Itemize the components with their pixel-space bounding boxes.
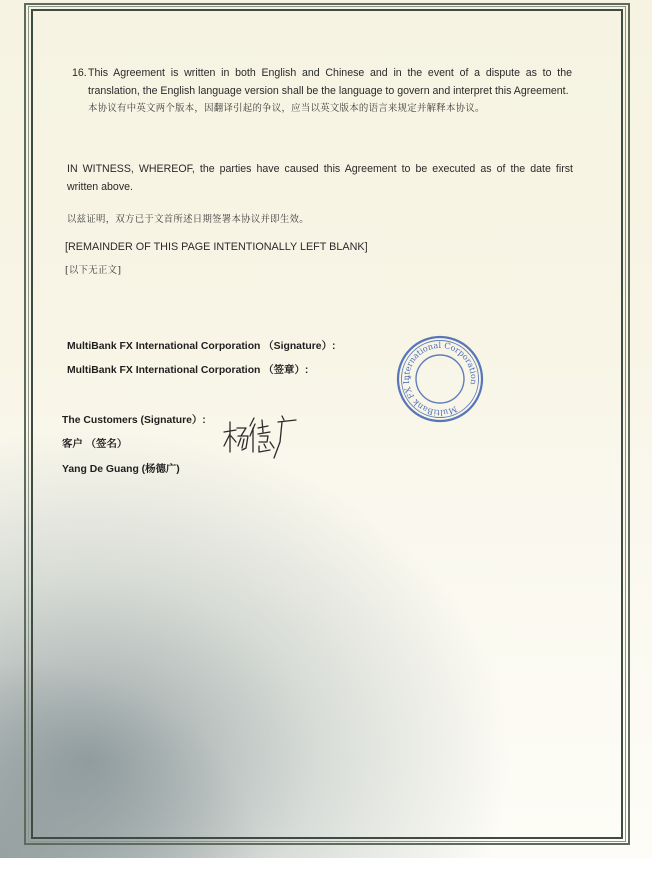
witness-english: IN WITNESS, WHEREOF, the parties have ca…: [67, 160, 573, 196]
handwritten-signature: [222, 410, 298, 462]
blank-notice-chinese: [以下无正文]: [65, 262, 121, 280]
customer-name: Yang De Guang (杨德广): [62, 461, 180, 479]
stamp-star: *: [408, 374, 412, 384]
clause-16-chinese: 本协议有中英文两个版本，因翻译引起的争议，应当以英文版本的语言来规定并解释本协议…: [88, 100, 572, 118]
clause-16-english: This Agreement is written in both Englis…: [88, 64, 572, 100]
company-stamp-icon: MultiBank FX International Corporation *: [394, 333, 486, 425]
company-signature-label: MultiBank FX International Corporation （…: [67, 338, 335, 356]
customer-signature-label: The Customers (Signature）:: [62, 412, 206, 430]
clause-16: 16. This Agreement is written in both En…: [88, 64, 572, 118]
blank-notice-english: [REMAINDER OF THIS PAGE INTENTIONALLY LE…: [65, 238, 368, 256]
witness-chinese: 以兹证明，双方已于文首所述日期签署本协议并即生效。: [67, 211, 309, 229]
company-signature-label-chinese: MultiBank FX International Corporation （…: [67, 362, 308, 380]
clause-number: 16.: [72, 64, 87, 82]
customer-signature-label-chinese: 客户 （签名）: [62, 436, 127, 454]
